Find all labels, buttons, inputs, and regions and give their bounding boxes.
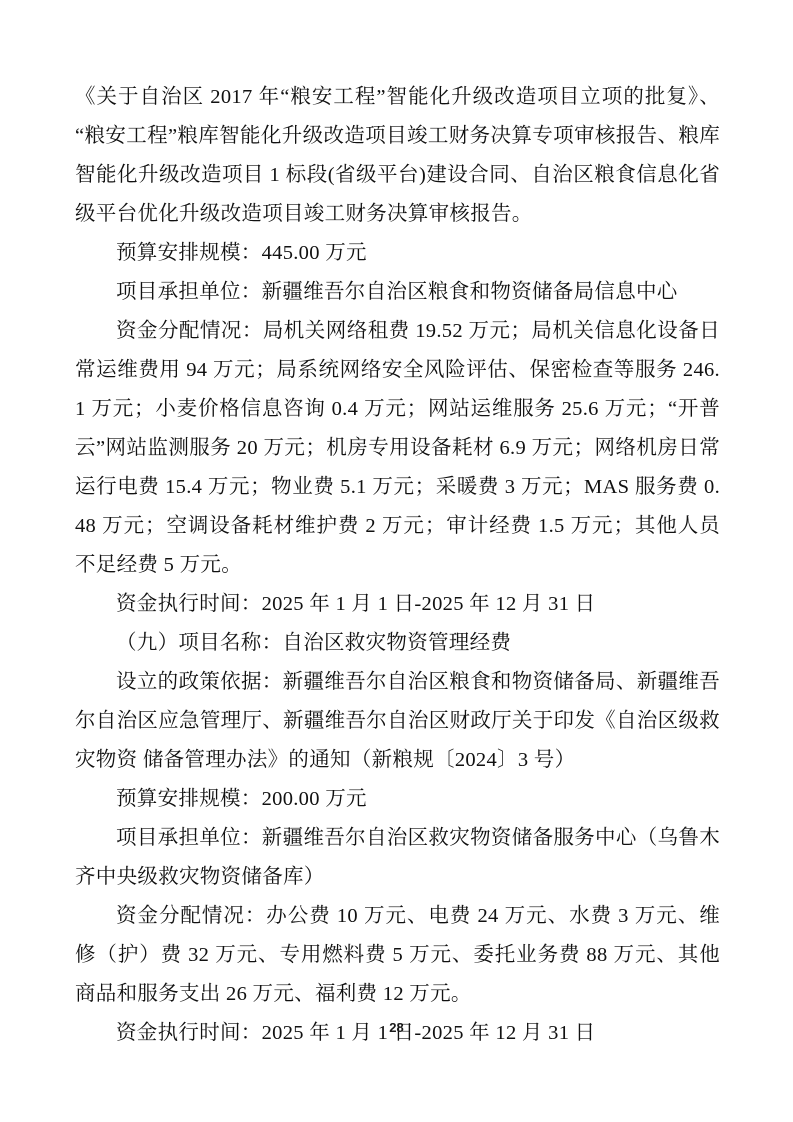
paragraph-undertaking-unit-1: 项目承担单位：新疆维吾尔自治区粮食和物资储备局信息中心 — [75, 273, 720, 312]
page-number: 28 — [0, 1020, 793, 1035]
paragraph-project-nine-title: （九）项目名称：自治区救灾物资管理经费 — [75, 624, 720, 663]
paragraph-approval-documents: 《关于自治区 2017 年“粮安工程”智能化升级改造项目立项的批复》、“粮安工程… — [75, 78, 720, 234]
paragraph-execution-time-1: 资金执行时间：2025 年 1 月 1 日-2025 年 12 月 31 日 — [75, 585, 720, 624]
paragraph-fund-allocation-2: 资金分配情况：办公费 10 万元、电费 24 万元、水费 3 万元、维修（护）费… — [75, 897, 720, 1014]
paragraph-fund-allocation-1: 资金分配情况：局机关网络租费 19.52 万元；局机关信息化设备日常运维费用 9… — [75, 312, 720, 585]
document-body: 《关于自治区 2017 年“粮安工程”智能化升级改造项目立项的批复》、“粮安工程… — [75, 78, 720, 1053]
paragraph-undertaking-unit-2: 项目承担单位：新疆维吾尔自治区救灾物资储备服务中心（乌鲁木齐中央级救灾物资储备库… — [75, 819, 720, 897]
document-page: 《关于自治区 2017 年“粮安工程”智能化升级改造项目立项的批复》、“粮安工程… — [0, 0, 793, 1122]
paragraph-budget-scale-1: 预算安排规模：445.00 万元 — [75, 234, 720, 273]
paragraph-policy-basis: 设立的政策依据：新疆维吾尔自治区粮食和物资储备局、新疆维吾尔自治区应急管理厅、新… — [75, 663, 720, 780]
paragraph-budget-scale-2: 预算安排规模：200.00 万元 — [75, 780, 720, 819]
